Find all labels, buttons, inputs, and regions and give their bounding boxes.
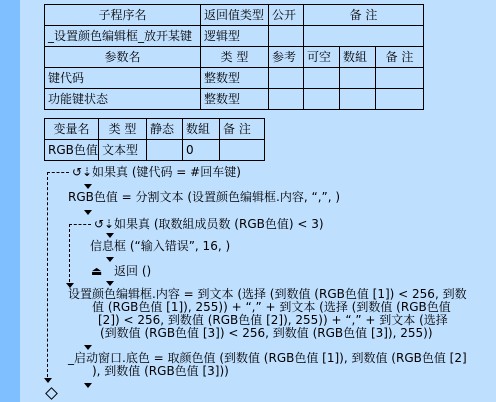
code-line-split-text[interactable]: RGB色值 = 分割文本 (设置颜色编辑框.内容, “,”, ) xyxy=(68,190,340,205)
code-line-if-count[interactable]: 如果真 (取数組成员数 (RGB色值) < 3) xyxy=(114,217,324,232)
param-header-row: 参数名 类 型 参考 可空 数組 备 注 xyxy=(45,47,424,68)
if-true-icon: ↺⇣ xyxy=(72,165,92,179)
code-line-set-bgcolor-cont: ), 到数值 (RGB色值 [3])) xyxy=(92,364,229,379)
subroutine-name-cell[interactable]: _设置颜色编辑框_放开某键 xyxy=(45,26,201,47)
return-icon: ⏏ xyxy=(91,264,102,278)
flow-arrow xyxy=(106,257,114,262)
variable-name-cell[interactable]: RGB色值 xyxy=(45,140,99,161)
public-cell[interactable] xyxy=(269,26,304,47)
flow-end-diamond-icon xyxy=(45,387,58,400)
outer-flow-connector xyxy=(47,172,69,173)
header-param-array: 数組 xyxy=(340,47,376,68)
return-type-cell[interactable]: 逻辑型 xyxy=(201,26,269,47)
param-name-cell[interactable]: 功能键状态 xyxy=(45,89,201,110)
code-line-if-keycode[interactable]: 如果真 (键代码 = #回车键) xyxy=(92,165,241,180)
header-return-type: 返回值类型 xyxy=(201,5,269,26)
code-line-set-content-cont: (到数值 (RGB色值 [3]) < 256, 到数值 (RGB色值 [3]),… xyxy=(100,326,433,341)
variable-row[interactable]: RGB色值 文本型 0 xyxy=(45,140,265,161)
flow-arrow xyxy=(106,281,114,286)
param-nullable-cell[interactable] xyxy=(304,89,340,110)
inner-flow-line xyxy=(69,224,70,282)
variable-note-cell[interactable] xyxy=(220,140,265,161)
flow-arrow xyxy=(106,233,114,238)
param-array-cell[interactable] xyxy=(340,68,376,89)
variable-header-row: 变量名 类 型 静态 数組 备 注 xyxy=(45,119,265,140)
header-public: 公开 xyxy=(269,5,304,26)
header-variable-note: 备 注 xyxy=(220,119,265,140)
param-row[interactable]: 功能键状态 整数型 xyxy=(45,89,424,110)
header-variable-name: 变量名 xyxy=(45,119,99,140)
param-array-cell[interactable] xyxy=(340,89,376,110)
code-line-return[interactable]: 返回 () xyxy=(114,264,151,279)
header-param-name: 参数名 xyxy=(45,47,201,68)
header-variable-array: 数組 xyxy=(183,119,220,140)
flow-arrow xyxy=(84,383,92,388)
param-type-cell[interactable]: 整数型 xyxy=(201,89,269,110)
header-param-ref: 参考 xyxy=(269,47,304,68)
param-note-cell[interactable] xyxy=(376,68,424,89)
header-param-note: 备 注 xyxy=(376,47,424,68)
variable-type-cell[interactable]: 文本型 xyxy=(99,140,147,161)
header-variable-static: 静态 xyxy=(147,119,183,140)
variable-static-cell[interactable] xyxy=(147,140,183,161)
param-nullable-cell[interactable] xyxy=(304,68,340,89)
flow-arrow xyxy=(84,210,92,215)
param-note-cell[interactable] xyxy=(376,89,424,110)
outer-flow-line xyxy=(47,172,48,377)
header-param-nullable: 可空 xyxy=(304,47,340,68)
param-ref-cell[interactable] xyxy=(269,89,304,110)
param-ref-cell[interactable] xyxy=(269,68,304,89)
outer-flow-arrow xyxy=(44,378,52,383)
header-variable-type: 类 型 xyxy=(99,119,147,140)
subroutine-table: 子程序名 返回值类型 公开 备 注 _设置颜色编辑框_放开某键 逻辑型 参数名 … xyxy=(44,4,424,110)
if-true-icon: ↺⇣ xyxy=(94,217,114,231)
param-row[interactable]: 键代码 整数型 xyxy=(45,68,424,89)
header-param-type: 类 型 xyxy=(201,47,269,68)
flow-arrow xyxy=(84,184,92,189)
left-gutter xyxy=(0,0,20,402)
header-subroutine-name: 子程序名 xyxy=(45,5,201,26)
variable-array-cell[interactable]: 0 xyxy=(183,140,220,161)
header-note: 备 注 xyxy=(304,5,424,26)
param-type-cell[interactable]: 整数型 xyxy=(201,68,269,89)
subroutine-row[interactable]: _设置颜色编辑框_放开某键 逻辑型 xyxy=(45,26,424,47)
param-name-cell[interactable]: 键代码 xyxy=(45,68,201,89)
note-cell[interactable] xyxy=(304,26,424,47)
inner-flow-connector xyxy=(69,224,91,225)
flow-arrow xyxy=(84,345,92,350)
code-line-msgbox[interactable]: 信息框 (“输入错误”, 16, ) xyxy=(90,239,230,254)
variable-table: 变量名 类 型 静态 数組 备 注 RGB色值 文本型 0 xyxy=(44,118,265,161)
subroutine-header-row: 子程序名 返回值类型 公开 备 注 xyxy=(45,5,424,26)
